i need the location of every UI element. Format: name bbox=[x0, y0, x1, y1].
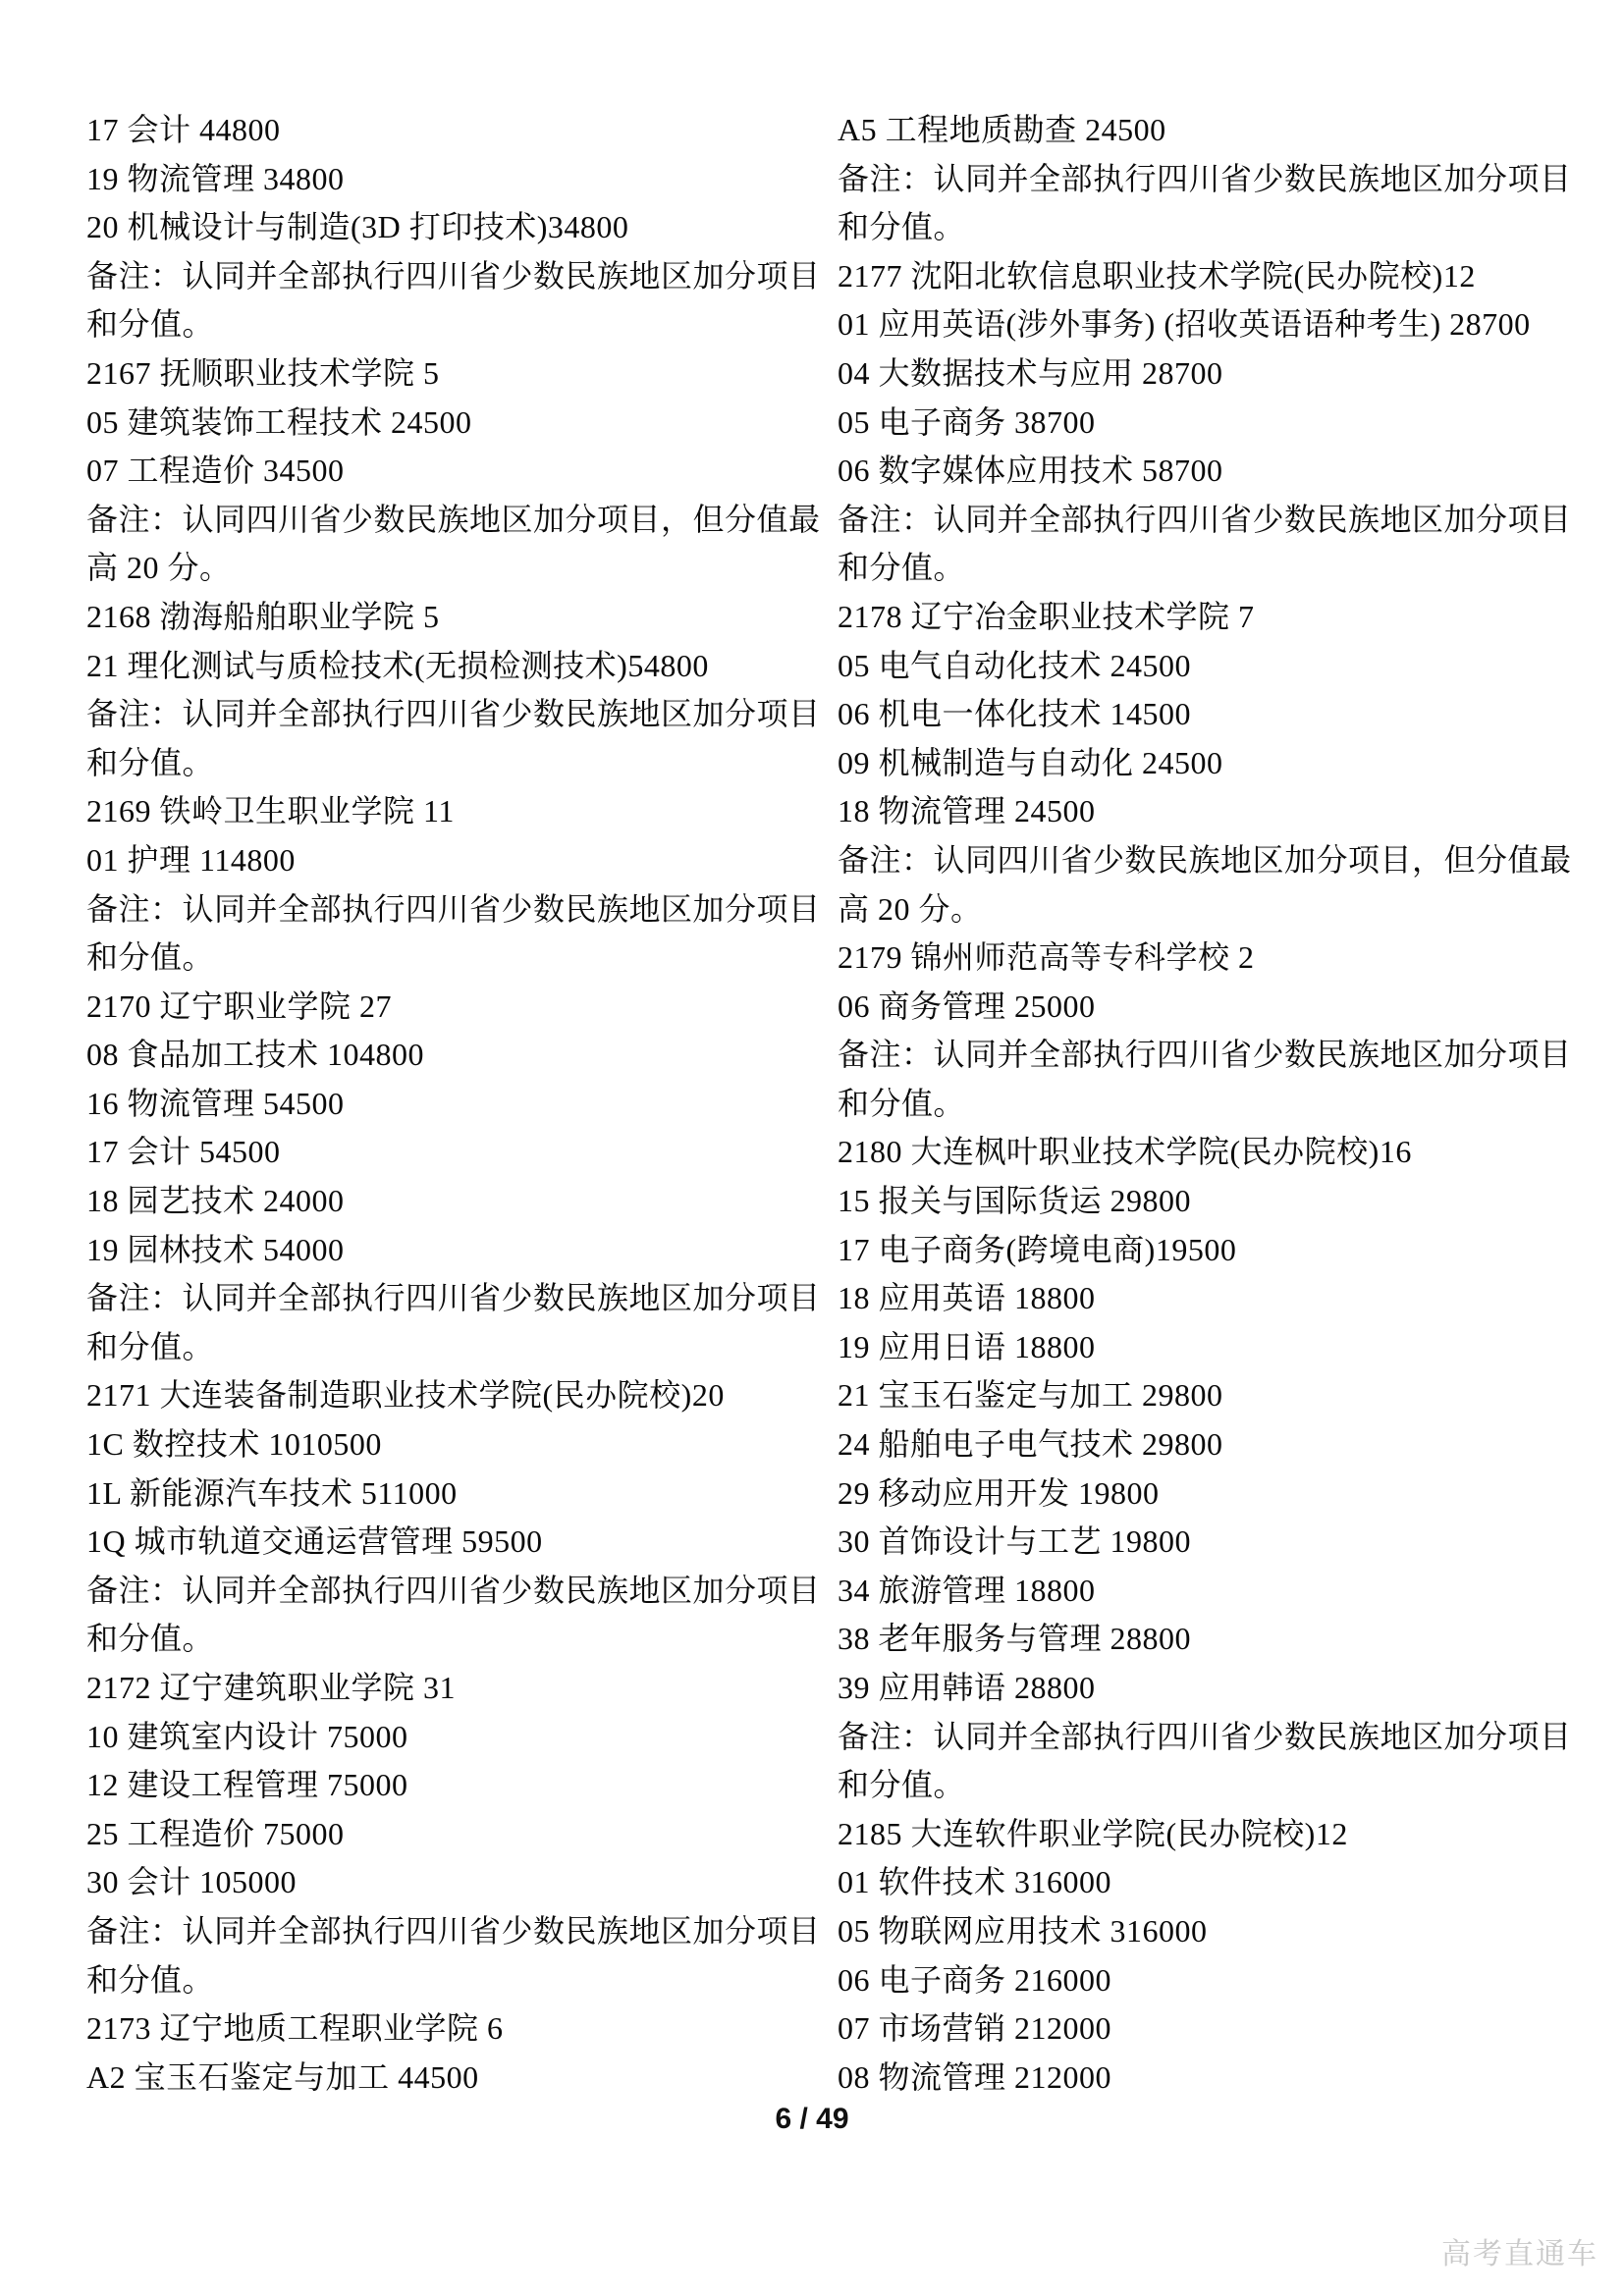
text-line: 2172 辽宁建筑职业学院 31 bbox=[86, 1664, 818, 1713]
text-line: 和分值。 bbox=[86, 1323, 818, 1372]
text-line: 05 电气自动化技术 24500 bbox=[838, 642, 1569, 691]
text-line: 19 应用日语 18800 bbox=[838, 1323, 1569, 1372]
text-line: 高 20 分。 bbox=[838, 885, 1569, 934]
text-line: 2170 辽宁职业学院 27 bbox=[86, 983, 818, 1032]
text-line: 备注：认同并全部执行四川省少数民族地区加分项目 bbox=[838, 155, 1569, 204]
text-line: 备注：认同并全部执行四川省少数民族地区加分项目 bbox=[838, 496, 1569, 545]
text-line: 01 软件技术 316000 bbox=[838, 1858, 1569, 1907]
text-column-left: 17 会计 4480019 物流管理 3480020 机械设计与制造(3D 打印… bbox=[86, 106, 818, 2102]
text-line: 高 20 分。 bbox=[86, 544, 818, 593]
text-line: 备注：认同并全部执行四川省少数民族地区加分项目 bbox=[86, 690, 818, 739]
text-line: 2168 渤海船舶职业学院 5 bbox=[86, 593, 818, 642]
text-line: 07 市场营销 212000 bbox=[838, 2004, 1569, 2054]
text-line: 1Q 城市轨道交通运营管理 59500 bbox=[86, 1518, 818, 1567]
text-line: 备注：认同并全部执行四川省少数民族地区加分项目 bbox=[86, 1907, 818, 1956]
text-line: 17 会计 44800 bbox=[86, 106, 818, 155]
text-line: 和分值。 bbox=[86, 739, 818, 788]
text-line: 和分值。 bbox=[86, 934, 818, 983]
text-line: 08 物流管理 212000 bbox=[838, 2054, 1569, 2103]
text-line: 17 电子商务(跨境电商)19500 bbox=[838, 1226, 1569, 1275]
text-line: 1C 数控技术 1010500 bbox=[86, 1420, 818, 1469]
text-line: 2178 辽宁冶金职业技术学院 7 bbox=[838, 593, 1569, 642]
text-line: A2 宝玉石鉴定与加工 44500 bbox=[86, 2054, 818, 2103]
text-line: 17 会计 54500 bbox=[86, 1128, 818, 1177]
text-line: 1L 新能源汽车技术 511000 bbox=[86, 1469, 818, 1519]
text-line: 29 移动应用开发 19800 bbox=[838, 1469, 1569, 1519]
text-line: 备注：认同四川省少数民族地区加分项目，但分值最 bbox=[838, 836, 1569, 885]
document-page: 17 会计 4480019 物流管理 3480020 机械设计与制造(3D 打印… bbox=[0, 0, 1624, 2296]
text-line: 2167 抚顺职业技术学院 5 bbox=[86, 349, 818, 399]
text-line: 和分值。 bbox=[86, 1615, 818, 1664]
text-line: 21 理化测试与质检技术(无损检测技术)54800 bbox=[86, 642, 818, 691]
text-line: 06 商务管理 25000 bbox=[838, 983, 1569, 1032]
text-line: 05 电子商务 38700 bbox=[838, 399, 1569, 448]
text-line: 19 园林技术 54000 bbox=[86, 1226, 818, 1275]
text-line: 38 老年服务与管理 28800 bbox=[838, 1615, 1569, 1664]
text-line: 05 物联网应用技术 316000 bbox=[838, 1907, 1569, 1956]
text-line: 39 应用韩语 28800 bbox=[838, 1664, 1569, 1713]
text-line: 2177 沈阳北软信息职业技术学院(民办院校)12 bbox=[838, 252, 1569, 301]
text-line: 06 数字媒体应用技术 58700 bbox=[838, 447, 1569, 496]
text-line: 2180 大连枫叶职业技术学院(民办院校)16 bbox=[838, 1128, 1569, 1177]
text-line: 2179 锦州师范高等专科学校 2 bbox=[838, 934, 1569, 983]
text-line: 01 应用英语(涉外事务) (招收英语语种考生) 28700 bbox=[838, 300, 1569, 349]
text-line: 15 报关与国际货运 29800 bbox=[838, 1177, 1569, 1226]
text-line: 06 电子商务 216000 bbox=[838, 1956, 1569, 2005]
text-line: 09 机械制造与自动化 24500 bbox=[838, 739, 1569, 788]
text-line: 备注：认同并全部执行四川省少数民族地区加分项目 bbox=[86, 1567, 818, 1616]
text-line: 2173 辽宁地质工程职业学院 6 bbox=[86, 2004, 818, 2054]
text-line: 和分值。 bbox=[838, 544, 1569, 593]
text-line: 12 建设工程管理 75000 bbox=[86, 1761, 818, 1810]
text-line: 和分值。 bbox=[838, 203, 1569, 252]
text-line: 07 工程造价 34500 bbox=[86, 447, 818, 496]
text-line: 备注：认同四川省少数民族地区加分项目，但分值最 bbox=[86, 496, 818, 545]
text-line: 2169 铁岭卫生职业学院 11 bbox=[86, 787, 818, 836]
text-line: 34 旅游管理 18800 bbox=[838, 1567, 1569, 1616]
text-line: 2185 大连软件职业学院(民办院校)12 bbox=[838, 1810, 1569, 1859]
text-line: 24 船舶电子电气技术 29800 bbox=[838, 1420, 1569, 1469]
text-line: 18 物流管理 24500 bbox=[838, 787, 1569, 836]
text-line: 18 应用英语 18800 bbox=[838, 1274, 1569, 1323]
text-line: 和分值。 bbox=[86, 300, 818, 349]
text-line: A5 工程地质勘查 24500 bbox=[838, 106, 1569, 155]
text-line: 06 机电一体化技术 14500 bbox=[838, 690, 1569, 739]
text-column-right: A5 工程地质勘查 24500备注：认同并全部执行四川省少数民族地区加分项目和分… bbox=[838, 106, 1569, 2102]
text-line: 和分值。 bbox=[838, 1761, 1569, 1810]
text-line: 21 宝玉石鉴定与加工 29800 bbox=[838, 1371, 1569, 1420]
text-line: 04 大数据技术与应用 28700 bbox=[838, 349, 1569, 399]
text-line: 20 机械设计与制造(3D 打印技术)34800 bbox=[86, 203, 818, 252]
text-line: 18 园艺技术 24000 bbox=[86, 1177, 818, 1226]
text-line: 16 物流管理 54500 bbox=[86, 1080, 818, 1129]
text-line: 01 护理 114800 bbox=[86, 836, 818, 885]
text-line: 08 食品加工技术 104800 bbox=[86, 1031, 818, 1080]
text-line: 和分值。 bbox=[838, 1080, 1569, 1129]
watermark-logo: 高考直通车 bbox=[1441, 2229, 1598, 2272]
text-line: 10 建筑室内设计 75000 bbox=[86, 1713, 818, 1762]
page-number: 6 / 49 bbox=[0, 2103, 1624, 2136]
text-line: 2171 大连装备制造职业技术学院(民办院校)20 bbox=[86, 1371, 818, 1420]
text-line: 30 会计 105000 bbox=[86, 1858, 818, 1907]
text-line: 25 工程造价 75000 bbox=[86, 1810, 818, 1859]
text-line: 05 建筑装饰工程技术 24500 bbox=[86, 399, 818, 448]
text-line: 19 物流管理 34800 bbox=[86, 155, 818, 204]
text-line: 备注：认同并全部执行四川省少数民族地区加分项目 bbox=[838, 1031, 1569, 1080]
text-line: 备注：认同并全部执行四川省少数民族地区加分项目 bbox=[838, 1713, 1569, 1762]
text-line: 备注：认同并全部执行四川省少数民族地区加分项目 bbox=[86, 885, 818, 934]
text-line: 30 首饰设计与工艺 19800 bbox=[838, 1518, 1569, 1567]
text-line: 备注：认同并全部执行四川省少数民族地区加分项目 bbox=[86, 252, 818, 301]
text-line: 和分值。 bbox=[86, 1956, 818, 2005]
text-line: 备注：认同并全部执行四川省少数民族地区加分项目 bbox=[86, 1274, 818, 1323]
